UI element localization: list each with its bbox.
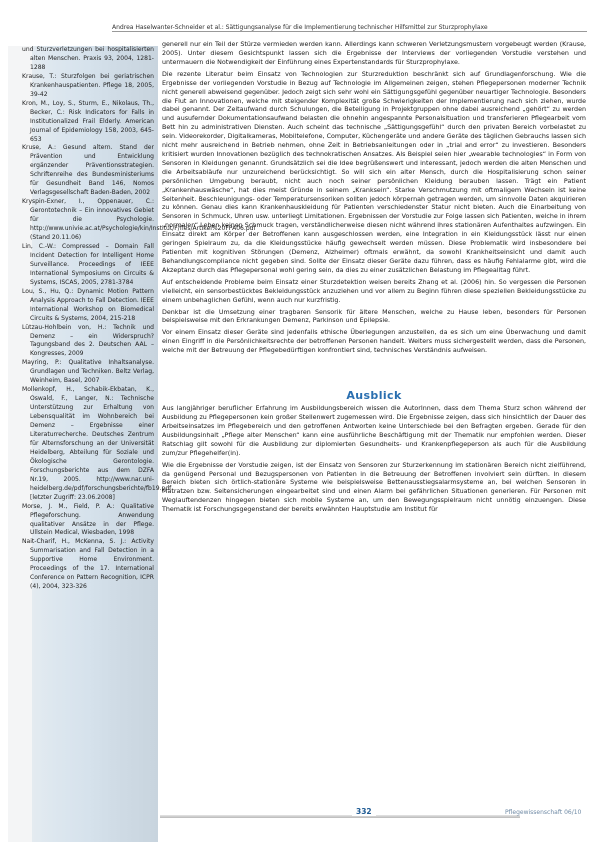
- reference-item: Morse, J. M., Field, P. A.: Qualitative …: [22, 503, 154, 539]
- body-paragraph: Aus langjähriger beruflicher Erfahrung i…: [162, 405, 586, 458]
- reference-item: Kruse, A.: Gesund altern. Stand der Präv…: [22, 144, 154, 198]
- running-head: Andrea Haselwanter-Schneider et al.: Sät…: [112, 24, 587, 32]
- body-paragraph: Vor einem Einsatz dieser Geräte sind jed…: [162, 329, 586, 356]
- body-paragraph: generell nur ein Teil der Stürze vermied…: [162, 41, 586, 68]
- main-text-column: generell nur ein Teil der Stürze vermied…: [162, 41, 586, 518]
- body-paragraph: Wie die Ergebnisse der Vorstudie zeigen,…: [162, 462, 586, 515]
- reference-item: und Sturzverletzungen bei hospitalisiert…: [22, 46, 154, 73]
- reference-item: Kryspin-Exner, I., Oppenauer, C.: Geront…: [22, 198, 154, 243]
- reference-list: und Sturzverletzungen bei hospitalisiert…: [22, 46, 154, 592]
- footer-rule: [160, 815, 520, 818]
- reference-item: Lützau-Hohlbein von, H.: Technik und Dem…: [22, 324, 154, 360]
- reference-item: Nait-Charif, H., McKenna, S. J.: Activit…: [22, 538, 154, 592]
- page-number: 332: [352, 807, 376, 816]
- reference-item: Kron, M., Loy, S., Sturm, E., Nikolaus, …: [22, 100, 154, 145]
- reference-item: Mayring, P.: Qualitative Inhaltsanalyse.…: [22, 359, 154, 386]
- journal-name: Pflegewissenschaft 06/10: [505, 809, 581, 816]
- reference-item: Mollenkopf, H., Schabik-Ekbatan, K., Osw…: [22, 386, 154, 502]
- reference-item: Lou, S., Hu, Q.: Dynamic Motion Pattern …: [22, 288, 154, 324]
- reference-item: Lin, C.-W.: Compressed – Domain Fall Inc…: [22, 243, 154, 288]
- reference-item: Krause, T.: Sturzfolgen bei geriatrische…: [22, 73, 154, 100]
- body-paragraph: Die rezente Literatur beim Einsatz von T…: [162, 71, 586, 276]
- section-heading: Ausblick: [162, 392, 586, 401]
- body-paragraph: Denkbar ist die Umsetzung einer tragbare…: [162, 309, 586, 327]
- body-paragraph: Auf entscheidende Probleme beim Einsatz …: [162, 279, 586, 306]
